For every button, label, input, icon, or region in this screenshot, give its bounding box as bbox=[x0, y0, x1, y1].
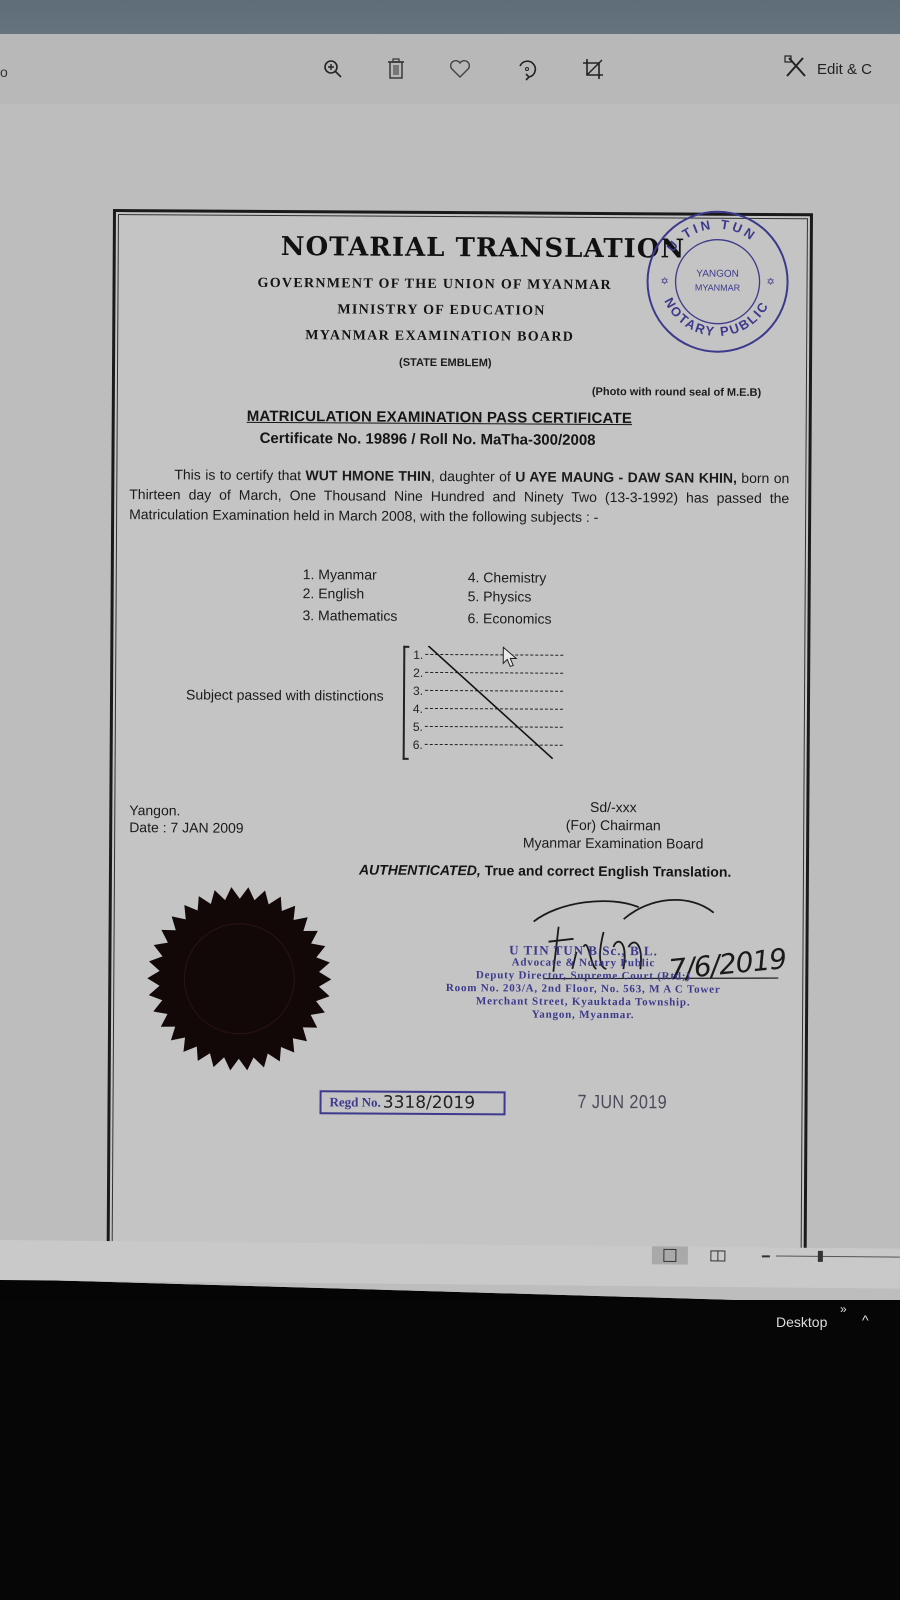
toolbar: o Edit & C bbox=[0, 34, 900, 104]
heart-icon[interactable] bbox=[445, 54, 475, 84]
student-name: WUT HMONE THIN bbox=[305, 467, 431, 484]
government-line: GOVERNMENT OF THE UNION OF MYANMAR bbox=[257, 276, 612, 294]
svg-text:NOTARY PUBLIC: NOTARY PUBLIC bbox=[661, 295, 772, 340]
monitor-bezel-top bbox=[0, 0, 900, 36]
edit-pencil-icon bbox=[783, 54, 809, 84]
zoom-slider-track[interactable] bbox=[776, 1255, 900, 1257]
zoom-slider-thumb[interactable] bbox=[818, 1251, 823, 1262]
subject-item: 4. Chemistry bbox=[468, 568, 552, 588]
edit-create-label: Edit & C bbox=[817, 61, 872, 78]
svg-text:YANGON: YANGON bbox=[696, 269, 739, 280]
distinctions-label: Subject passed with distinctions bbox=[186, 686, 384, 703]
desktop-toolbar-label[interactable]: Desktop bbox=[776, 1314, 827, 1330]
emblem-note: (STATE EMBLEM) bbox=[399, 357, 492, 370]
svg-text:U TIN TUN: U TIN TUN bbox=[663, 216, 760, 255]
place: Yangon. bbox=[129, 802, 244, 820]
zoom-in-icon[interactable] bbox=[318, 54, 348, 84]
notary-seal-stamp: U TIN TUN NOTARY PUBLIC YANGON MYANMAR ✡… bbox=[642, 206, 793, 357]
certificate-document: NOTARIAL TRANSLATION GOVERNMENT OF THE U… bbox=[107, 209, 813, 1273]
notary-line: Room No. 203/A, 2nd Floor, No. 563, M A … bbox=[418, 982, 748, 997]
two-page-view-button[interactable] bbox=[700, 1247, 736, 1265]
certificate-title: MATRICULATION EXAMINATION PASS CERTIFICA… bbox=[247, 408, 632, 427]
regd-label: Regd No. bbox=[329, 1094, 380, 1110]
regd-value: 3318/2019 bbox=[383, 1093, 475, 1114]
parents-name: U AYE MAUNG - DAW SAN KHIN, bbox=[515, 468, 737, 485]
photos-app-window: o Edit & C NOTARIAL TRANSLATION GOV bbox=[0, 34, 900, 1324]
photo-note: (Photo with round seal of M.E.B) bbox=[592, 386, 761, 399]
subject-item: 2. English bbox=[303, 584, 398, 604]
subjects-left: 1. Myanmar 2. English 3. Mathematics bbox=[302, 565, 397, 626]
certificate-number: Certificate No. 19896 / Roll No. MaTha-3… bbox=[260, 430, 596, 449]
subjects-right: 4. Chemistry 5. Physics 6. Economics bbox=[467, 568, 551, 629]
distinctions-list: 1. 2. 3. 4. 5. 6. bbox=[403, 646, 564, 759]
intro-text: This is to certify that bbox=[129, 466, 305, 483]
crop-icon[interactable] bbox=[578, 54, 608, 84]
edit-create-button[interactable]: Edit & C bbox=[783, 54, 872, 84]
authentication-text: True and correct English Translation. bbox=[481, 862, 732, 880]
subject-item: 5. Physics bbox=[468, 587, 552, 607]
authenticated-word: AUTHENTICATED, bbox=[359, 862, 481, 879]
relation-text: , daughter of bbox=[431, 468, 515, 485]
single-page-view-button[interactable] bbox=[652, 1246, 688, 1264]
signatory-line: Sd/-xxx bbox=[513, 797, 713, 816]
registration-number-stamp: Regd No. 3318/2019 bbox=[319, 1090, 505, 1115]
chairman-signatory: Sd/-xxx (For) Chairman Myanmar Examinati… bbox=[513, 797, 713, 852]
zoom-out-button[interactable] bbox=[762, 1255, 770, 1257]
subject-item: 1. Myanmar bbox=[303, 565, 398, 585]
subject-item: 6. Economics bbox=[467, 609, 551, 629]
svg-text:✡: ✡ bbox=[766, 277, 774, 288]
wax-seal bbox=[146, 885, 333, 1072]
notary-address-stamp: U TIN TUN B.Sc., B.L. Advocate & Notary … bbox=[418, 943, 748, 1023]
subject-item: 3. Mathematics bbox=[302, 606, 397, 626]
rotate-icon[interactable] bbox=[512, 54, 542, 84]
trash-icon[interactable] bbox=[381, 54, 411, 84]
signatory-line: Myanmar Examination Board bbox=[513, 833, 713, 852]
mouse-cursor-icon bbox=[501, 646, 519, 668]
ministry-line: MINISTRY OF EDUCATION bbox=[337, 302, 545, 319]
strike-through-line bbox=[403, 646, 564, 762]
show-hidden-icons-caret[interactable]: ^ bbox=[862, 1312, 869, 1328]
notary-line: Yangon, Myanmar. bbox=[418, 1008, 748, 1023]
signatory-line: (For) Chairman bbox=[513, 815, 713, 834]
svg-text:✡: ✡ bbox=[660, 276, 668, 287]
certification-paragraph: This is to certify that WUT HMONE THIN, … bbox=[129, 464, 789, 528]
board-line: MYANMAR EXAMINATION BOARD bbox=[305, 328, 574, 346]
image-viewer: NOTARIAL TRANSLATION GOVERNMENT OF THE U… bbox=[0, 104, 900, 1304]
svg-text:MYANMAR: MYANMAR bbox=[695, 283, 741, 293]
document-heading: NOTARIAL TRANSLATION bbox=[281, 232, 686, 264]
toolbar-overflow-icon[interactable]: » bbox=[840, 1302, 847, 1316]
issue-date: Date : 7 JAN 2009 bbox=[129, 819, 244, 837]
place-date: Yangon. Date : 7 JAN 2009 bbox=[129, 802, 244, 837]
authentication-line: AUTHENTICATED, True and correct English … bbox=[359, 862, 731, 880]
window-title-fragment: o bbox=[0, 64, 8, 80]
date-stamp: 7 JUN 2019 bbox=[577, 1092, 667, 1115]
windows-taskbar: » Desktop ^ bbox=[0, 1300, 900, 1600]
